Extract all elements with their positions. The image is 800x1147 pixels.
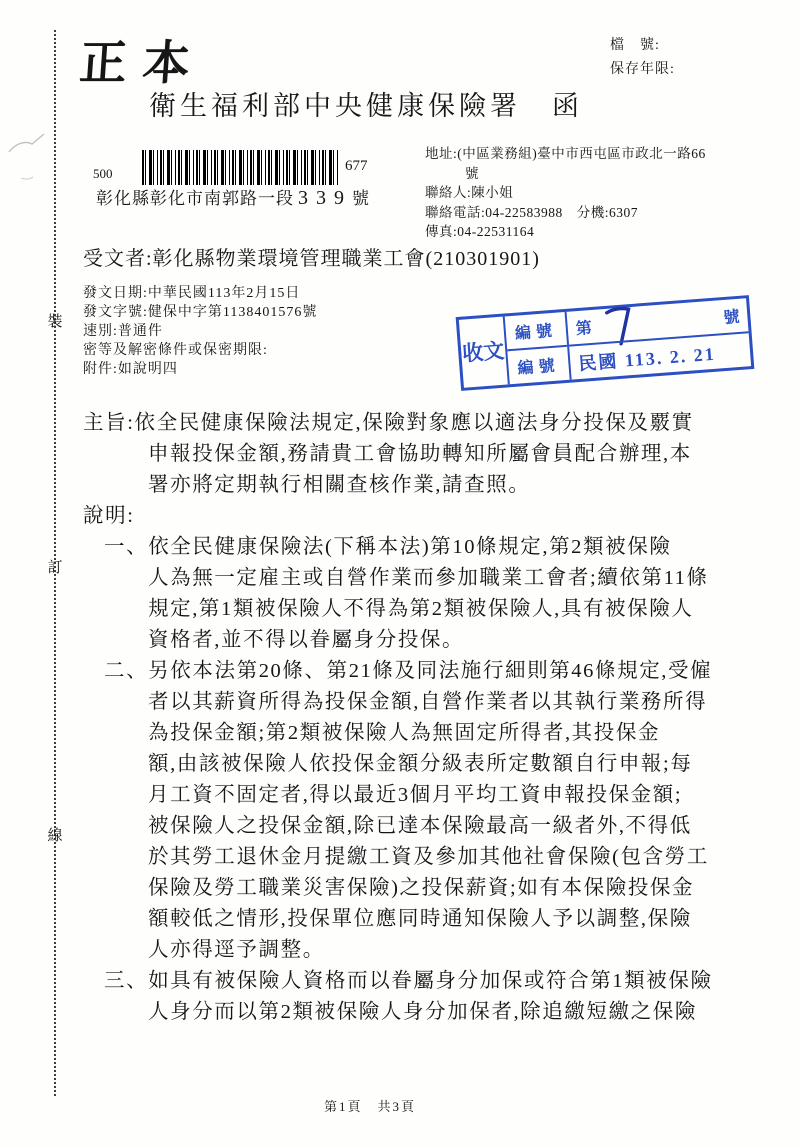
subject-line: 主旨:依全民健康保險法規定,保險對象應以適法身分投保及覈實 xyxy=(83,408,783,439)
archive-no-label: 檔 號: xyxy=(610,34,675,58)
body-line: 依全民健康保險法規定,保險對象應以適法身分投保及覈實 xyxy=(135,412,694,434)
body-line: 規定,第1類被保險人不得為第2類被保險人,具有被保險人 xyxy=(83,594,783,625)
item-2-line: 二、另依本法第20條、第21條及同法施行細則第46條規定,受僱 xyxy=(83,656,783,687)
sender-info-block: 地址:(中區業務組)臺中市西屯區市政北一路66 號 聯絡人:陳小姐 聯絡電話:0… xyxy=(425,144,706,242)
mail-address-suffix: 號 xyxy=(352,189,370,208)
meta-block: 發文日期:中華民國113年2月15日 發文字號:健保中字第1138401576號… xyxy=(83,284,317,379)
body-line: 被保險人之投保金額,除已達本保險最高一級者外,不得低 xyxy=(83,811,783,842)
letter-body: 主旨:依全民健康保險法規定,保險對象應以適法身分投保及覈實 申報投保金額,務請貴… xyxy=(83,408,783,1028)
contact-person: 聯絡人:陳小姐 xyxy=(425,183,706,203)
mail-code-right: 677 xyxy=(345,158,368,175)
recipient-mailing-address: 彰化縣彰化市南郭路一段339號 xyxy=(96,184,370,210)
item-1-label: 一、 xyxy=(104,536,148,558)
item-3-label: 三、 xyxy=(104,970,148,992)
receipt-stamp: 收文 編號 第 號 編號 民國 113. 2. 21 xyxy=(456,295,755,391)
body-line: 為投保金額;第2類被保險人為無固定所得者,其投保金 xyxy=(83,718,783,749)
body-line: 資格者,並不得以眷屬身分投保。 xyxy=(83,625,783,656)
body-line: 月工資不固定者,得以最近3個月平均工資申報投保金額; xyxy=(83,780,783,811)
archive-info: 檔 號: 保存年限: xyxy=(610,34,675,82)
sender-address-line1: 地址:(中區業務組)臺中市西屯區市政北一路66 xyxy=(425,144,706,164)
document-title: 衛生福利部中央健康保險署 函 xyxy=(0,84,732,123)
explanation-label: 說明: xyxy=(83,501,783,532)
page-footer: 第1頁 共3頁 xyxy=(0,1096,740,1115)
item-2-label: 二、 xyxy=(104,660,148,682)
fax-number: 傳真:04-22531164 xyxy=(425,222,706,242)
stamp-fields: 編號 第 號 編號 民國 113. 2. 21 xyxy=(505,298,751,384)
body-line: 署亦將定期執行相關查核作業,請查照。 xyxy=(83,470,783,501)
stamp-number-suffix: 號 xyxy=(722,304,740,328)
contact-phone: 聯絡電話:04-22583988 分機:6307 xyxy=(425,203,706,223)
body-line: 申報投保金額,務請貴工會協助轉知所屬會員配合辦理,本 xyxy=(83,439,783,470)
barcode-icon xyxy=(142,150,340,185)
body-line: 人亦得逕予調整。 xyxy=(83,935,783,966)
retention-label: 保存年限: xyxy=(610,58,675,82)
body-line: 人為無一定雇主或自營作業而參加職業工會者;續依第11條 xyxy=(83,563,783,594)
pencil-scribble xyxy=(5,130,51,190)
mail-address-prefix: 彰化縣彰化市南郭路一段 xyxy=(96,189,294,208)
speed-label: 速別:普通件 xyxy=(83,322,317,341)
secrecy-label: 密等及解密條件或保密期限: xyxy=(83,341,317,360)
stamp-number-prefix: 第 xyxy=(575,315,593,339)
body-line: 依全民健康保險法(下稱本法)第10條規定,第2類被保險 xyxy=(148,536,671,558)
body-line: 人身分而以第2類被保險人身分加保者,除追繳短繳之保險 xyxy=(83,997,783,1028)
body-line: 如具有被保險人資格而以眷屬身分加保或符合第1類被保險 xyxy=(148,970,712,992)
binding-mark-xian: 線 xyxy=(45,824,65,845)
recipient-line: 受文者:彰化縣物業環境管理職業工會(210301901) xyxy=(83,242,540,271)
issue-date: 發文日期:中華民國113年2月15日 xyxy=(83,284,317,303)
doc-number: 發文字號:健保中字第1138401576號 xyxy=(83,303,317,322)
binding-mark-ding: 訂 xyxy=(45,556,65,577)
attachment-label: 附件:如說明四 xyxy=(83,360,317,379)
scanned-official-letter: 裝 訂 線 正本 檔 號: 保存年限: 衛生福利部中央健康保險署 函 地址:(中… xyxy=(0,0,800,1147)
body-line: 保險及勞工職業災害保險)之投保薪資;如有本保險投保金 xyxy=(83,873,783,904)
stamp-row2-label: 編號 xyxy=(507,347,571,385)
body-line: 額,由該被保險人依投保金額分級表所定數額自行申報;每 xyxy=(83,749,783,780)
mail-code-left: 500 xyxy=(93,166,113,182)
item-1-line: 一、依全民健康保險法(下稱本法)第10條規定,第2類被保險 xyxy=(83,532,783,563)
stamp-row1-label: 編號 xyxy=(505,312,569,350)
body-line: 於其勞工退休金月提繳工資及參加其他社會保險(包含勞工 xyxy=(83,842,783,873)
subject-label: 主旨: xyxy=(83,412,135,434)
mail-address-number: 339 xyxy=(294,187,352,209)
body-line: 額較低之情形,投保單位應同時通知保險人予以調整,保險 xyxy=(83,904,783,935)
body-line: 另依本法第20條、第21條及同法施行細則第46條規定,受僱 xyxy=(148,660,712,682)
stamp-received-label: 收文 xyxy=(459,316,510,387)
sender-address-line2: 號 xyxy=(425,164,706,184)
body-line: 者以其薪資所得為投保金額,自營作業者以其執行業務所得 xyxy=(83,687,783,718)
item-3-line: 三、如具有被保險人資格而以眷屬身分加保或符合第1類被保險 xyxy=(83,966,783,997)
copy-type-label: 正本 xyxy=(78,26,209,93)
binding-mark-zhuang: 裝 xyxy=(45,310,65,331)
